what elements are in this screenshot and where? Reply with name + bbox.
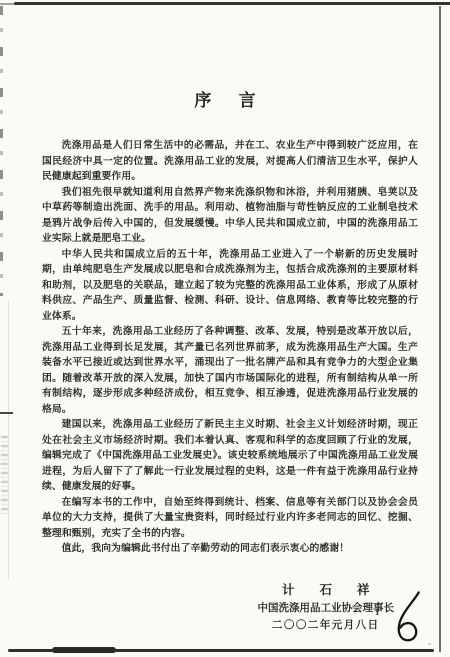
page-title: 序 言 — [42, 86, 408, 111]
preface-paragraph: 我们祖先很早就知道利用自然界产物来洗涤织物和沐浴，并利用猪胰、皂荚以及中草药等制… — [42, 185, 418, 247]
scanned-preface-page: 序 言 洗涤用品是人们日常生活中的必需品，并在工、农业生产中得到较广泛应用，在国… — [0, 0, 450, 657]
preface-paragraph: 中华人民共和国成立后的五十年，洗涤用品工业进入了一个崭新的历史发展时期，由单纯肥… — [42, 247, 418, 325]
page-content: 序 言 洗涤用品是人们日常生活中的必需品，并在工、农业生产中得到较广泛应用，在国… — [0, 0, 450, 657]
handwritten-number-6-mark — [389, 590, 428, 646]
signatory-name: 计 石 祥 — [276, 581, 376, 600]
preface-paragraph: 五十年来，洗涤用品工业经历了各种调整、改革、发展，特别是改革开放以后，洗涤用品工… — [42, 324, 418, 417]
preface-body: 洗涤用品是人们日常生活中的必需品，并在工、农业生产中得到较广泛应用，在国民经济中… — [42, 138, 418, 557]
page-number: 1 — [375, 607, 380, 617]
preface-paragraph: 值此，我向为编辑此书付出了辛勤劳动的同志们表示衷心的感谢！ — [42, 541, 418, 557]
preface-paragraph: 建国以来，洗涤用品工业经历了新民主主义时期、社会主义计划经济时期，现正处在社会主… — [42, 417, 418, 495]
signature-date: 二〇〇二年元月八日 — [272, 617, 380, 634]
signature-block: 计 石 祥 中国洗涤用品工业协会理事长 二〇〇二年元月八日 — [258, 581, 395, 634]
preface-paragraph: 在编写本书的工作中，自始至终得到统计、档案、信息等有关部门以及协会会员单位的大力… — [42, 495, 418, 542]
preface-paragraph: 洗涤用品是人们日常生活中的必需品，并在工、农业生产中得到较广泛应用，在国民经济中… — [42, 138, 418, 185]
signatory-org-title: 中国洗涤用品工业协会理事长 — [258, 600, 395, 617]
